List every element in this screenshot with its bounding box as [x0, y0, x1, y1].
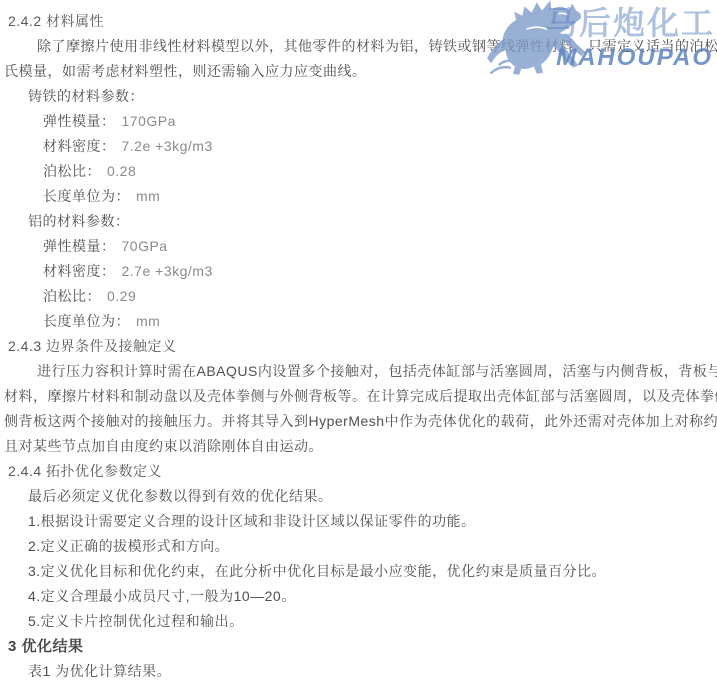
- param-value: 0.28: [101, 163, 136, 179]
- paragraph-line: 除了摩擦片使用非线性材料模型以外，其他零件的材料为铝，铸铁或钢等线弹性材料，只需…: [0, 34, 717, 59]
- list-item-4: 4.定义合理最小成员尺寸,一般为10—20。: [0, 584, 717, 609]
- param-value: 70GPa: [116, 238, 168, 254]
- param-density-aluminum: 材料密度：2.7e +3kg/m3: [0, 259, 717, 284]
- aluminum-params-label: 铝的材料参数：: [0, 209, 717, 234]
- paragraph-line: 材料，摩擦片材料和制动盘以及壳体拳侧与外侧背板等。在计算完成后提取出壳体缸部与活…: [0, 384, 717, 409]
- param-value: 7.2e +3kg/m3: [116, 138, 213, 154]
- paragraph-line: 且对某些节点加自由度约束以消除刚体自由运动。: [0, 434, 717, 459]
- document-body: 2.4.2 材料属性 除了摩擦片使用非线性材料模型以外，其他零件的材料为铝，铸铁…: [0, 9, 717, 681]
- param-elastic-modulus-aluminum: 弹性模量：70GPa: [0, 234, 717, 259]
- param-value: mm: [130, 313, 160, 329]
- param-value: 170GPa: [116, 113, 176, 129]
- list-item-3: 3.定义优化目标和优化约束，在此分析中优化目标是最小应变能，优化约束是质量百分比…: [0, 559, 717, 584]
- param-label: 长度单位为：: [43, 313, 130, 329]
- paragraph-line: 氏模量，如需考虑材料塑性，则还需输入应力应变曲线。: [0, 59, 717, 84]
- section-heading-242: 2.4.2 材料属性: [0, 9, 717, 34]
- param-label: 材料密度：: [43, 263, 116, 279]
- param-value: mm: [130, 188, 160, 204]
- param-poisson-aluminum: 泊松比：0.29: [0, 284, 717, 309]
- param-value: 0.29: [101, 288, 136, 304]
- list-item-1: 1.根据设计需要定义合理的设计区域和非设计区域以保证零件的功能。: [0, 509, 717, 534]
- paragraph-line: 表1 为优化计算结果。: [0, 659, 717, 681]
- param-length-unit-castiron: 长度单位为：mm: [0, 184, 717, 209]
- section-heading-243: 2.4.3 边界条件及接触定义: [0, 334, 717, 359]
- list-item-2: 2.定义正确的拔模形式和方向。: [0, 534, 717, 559]
- castiron-params-label: 铸铁的材料参数：: [0, 84, 717, 109]
- param-density-castiron: 材料密度：7.2e +3kg/m3: [0, 134, 717, 159]
- param-elastic-modulus-castiron: 弹性模量：170GPa: [0, 109, 717, 134]
- param-label: 弹性模量：: [43, 238, 116, 254]
- section-heading-3: 3 优化结果: [0, 634, 717, 659]
- paragraph-line: 侧背板这两个接触对的接触压力。并将其导入到HyperMesh中作为壳体优化的载荷…: [0, 409, 717, 434]
- param-length-unit-aluminum: 长度单位为：mm: [0, 309, 717, 334]
- section-heading-244: 2.4.4 拓扑优化参数定义: [0, 459, 717, 484]
- param-label: 长度单位为：: [43, 188, 130, 204]
- param-label: 弹性模量：: [43, 113, 116, 129]
- list-item-5: 5.定义卡片控制优化过程和输出。: [0, 609, 717, 634]
- param-poisson-castiron: 泊松比：0.28: [0, 159, 717, 184]
- paragraph-line: 进行压力容积计算时需在ABAQUS内设置多个接触对，包括壳体缸部与活塞圆周，活塞…: [0, 359, 717, 384]
- param-label: 泊松比：: [43, 163, 101, 179]
- paragraph-line: 最后必须定义优化参数以得到有效的优化结果。: [0, 484, 717, 509]
- param-value: 2.7e +3kg/m3: [116, 263, 213, 279]
- param-label: 材料密度：: [43, 138, 116, 154]
- param-label: 泊松比：: [43, 288, 101, 304]
